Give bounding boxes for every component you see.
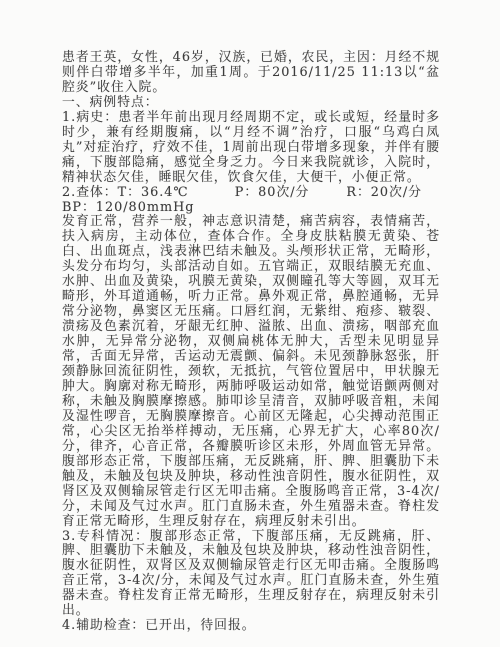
scanned-page: { "page": { "background_color": "#fbfbfa… [0,0,500,647]
temperature-value: T：36.4℃ [118,185,189,200]
medical-record-document: 患者王英，女性，46岁，汉族，已婚，农民，主因：月经不规则伴白带增多半年，加重1… [62,51,440,634]
physical-exam-paragraph: 发育正常，营养一般，神志意识清楚，痛苦病容，表情痛苦，扶入病房，主动体位，查体合… [62,215,440,529]
pulse-value: P：80次/分 [235,185,310,200]
auxiliary-exam-line: 4.辅助检查：已开出，待回报。 [62,619,440,634]
case-features-heading: 一、病例特点： [62,96,440,111]
specialty-exam-paragraph: 3.专科情况：腹部形态正常，下腹部压痛，无反跳痛，肝、脾、胆囊肋下未触及，未触及… [62,530,440,620]
vitals-line: 2.查体：T：36.4℃P：80次/分R：20次/分 [62,186,440,201]
exam-section-label: 2.查体： [62,185,118,200]
history-paragraph: 1.病史：患者半年前出现月经周期不定，或长或短，经量时多时少，兼有经期腹痛，以“… [62,111,440,186]
respiration-value: R：20次/分 [346,185,422,200]
patient-summary: 患者王英，女性，46岁，汉族，已婚，农民，主因：月经不规则伴白带增多半年，加重1… [62,51,440,96]
